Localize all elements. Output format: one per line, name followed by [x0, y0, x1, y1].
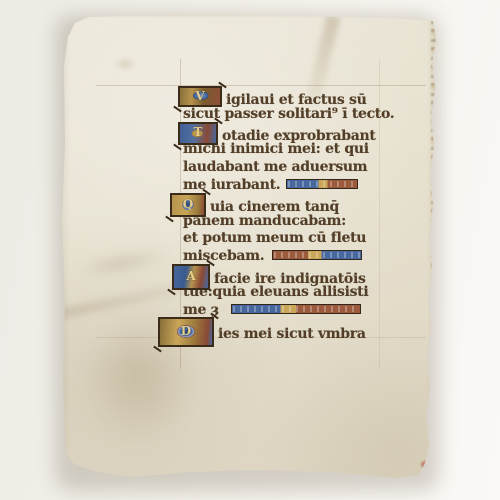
line-text: ies mei sicut vmbra	[218, 326, 366, 342]
text-line: miscebam.	[183, 246, 393, 264]
text-line: Afacie ire indignatōis	[183, 264, 393, 282]
line-filler	[286, 179, 358, 189]
photo-background: Vigilaui et factus sū sicut passer solit…	[0, 0, 500, 500]
initial-letter: D	[160, 319, 212, 345]
text-line: panem manducabam:	[183, 211, 393, 229]
illuminated-initial-D: D	[158, 317, 214, 347]
line-filler	[231, 304, 361, 314]
text-line: me iurabant.	[183, 175, 393, 193]
line-text: et potum meum cū fletu	[183, 230, 366, 246]
line-text: tue:quia eleuans allisisti	[183, 284, 368, 300]
initial-letter: V	[180, 88, 220, 105]
text-line: Quia cinerem tanq̄	[183, 193, 393, 211]
illuminated-initial-V: V	[178, 86, 222, 107]
line-text: me iurabant.	[183, 177, 280, 193]
text-line: Vigilaui et factus sū	[183, 86, 393, 104]
manuscript-leaf: Vigilaui et factus sū sicut passer solit…	[61, 11, 441, 487]
illuminated-initial-A: A	[172, 264, 210, 290]
text-line: et potum meum cū fletu	[183, 228, 393, 246]
initial-letter: T	[180, 124, 216, 143]
text-line: Totadie exprobrabant	[183, 122, 393, 140]
line-text: laudabant me aduersum	[183, 159, 367, 175]
line-text: panem manducabam:	[183, 213, 346, 229]
vellum-stain	[56, 238, 189, 288]
text-line: laudabant me aduersum	[183, 157, 393, 175]
line-filler	[272, 250, 362, 260]
line-text: miscebam.	[183, 248, 264, 264]
illuminated-initial-Q: Q	[170, 193, 206, 217]
illuminated-initial-T: T	[178, 122, 218, 145]
initial-letter: Q	[172, 195, 204, 215]
vellum-stain	[109, 55, 141, 73]
text-line: tue:quia eleuans allisisti	[183, 282, 393, 300]
text-block: Vigilaui et factus sū sicut passer solit…	[183, 86, 393, 335]
text-line: Dies mei sicut vmbra	[183, 317, 393, 335]
initial-letter: A	[174, 266, 208, 288]
